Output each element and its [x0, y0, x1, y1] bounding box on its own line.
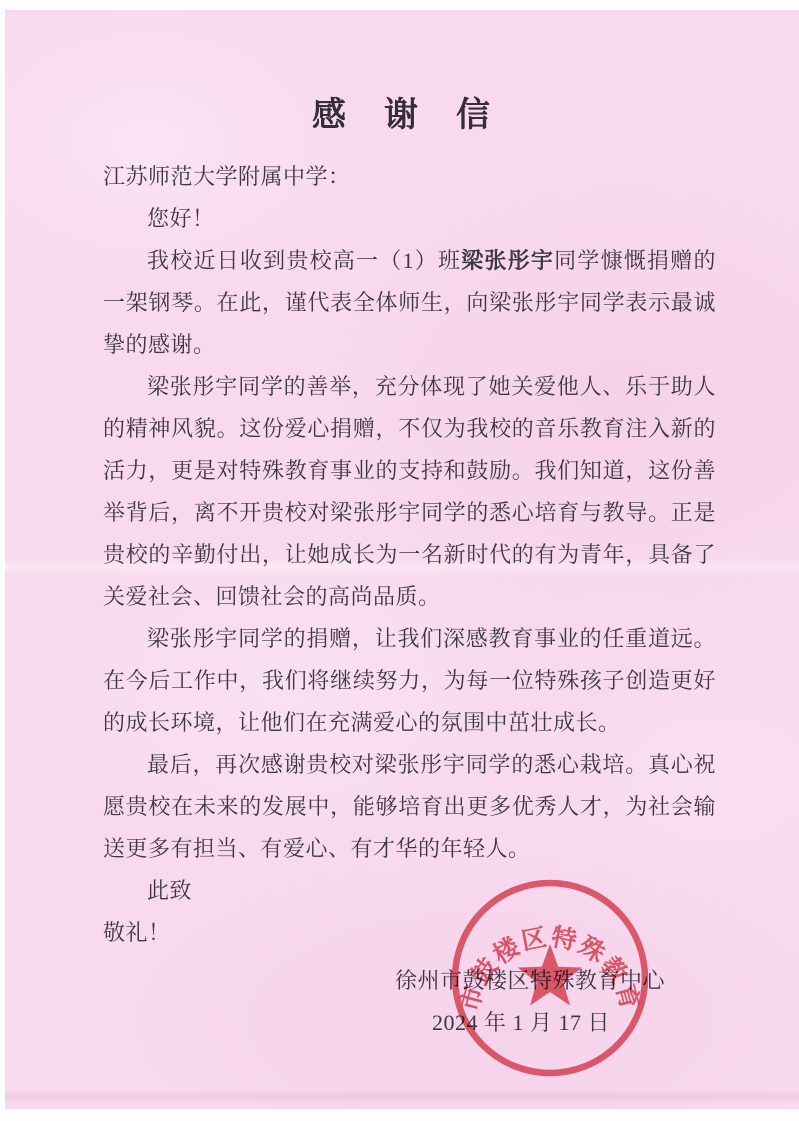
- closing-cizhi: 此致: [103, 870, 716, 912]
- closing-jingli: 敬礼！: [103, 912, 716, 954]
- greeting-line: 您好！: [103, 198, 716, 240]
- paragraph-3: 梁张彤宇同学的捐赠，让我们深感教育事业的任重道远。在今后工作中，我们将继续努力，…: [103, 618, 716, 744]
- paragraph-2: 梁张彤宇同学的善举，充分体现了她关爱他人、乐于助人的精神风貌。这份爱心捐赠，不仅…: [103, 366, 716, 618]
- paragraph-1-before: 我校近日收到贵校高一（1）班: [147, 248, 461, 273]
- recipient-line: 江苏师范大学附属中学：: [103, 156, 716, 198]
- letter-title: 感 谢 信: [5, 94, 799, 138]
- paragraph-1: 我校近日收到贵校高一（1）班梁张彤宇同学慷慨捐赠的一架钢琴。在此，谨代表全体师生…: [103, 240, 716, 366]
- paragraph-4: 最后，再次感谢贵校对梁张彤宇同学的悉心栽培。真心祝愿贵校在未来的发展中，能够培育…: [103, 744, 716, 870]
- paper-bottom-shadow: [5, 1089, 799, 1103]
- letter-paper: 感 谢 信 江苏师范大学附属中学： 您好！ 我校近日收到贵校高一（1）班梁张彤宇…: [5, 10, 799, 1109]
- photo-background: 感 谢 信 江苏师范大学附属中学： 您好！ 我校近日收到贵校高一（1）班梁张彤宇…: [0, 0, 799, 1121]
- letter-body: 江苏师范大学附属中学： 您好！ 我校近日收到贵校高一（1）班梁张彤宇同学慷慨捐赠…: [5, 156, 799, 1044]
- signature-date: 2024 年 1 月 17 日: [103, 1002, 716, 1044]
- student-name: 梁张彤宇: [461, 248, 554, 273]
- signature-org: 徐州市鼓楼区特殊教育中心: [103, 960, 716, 1002]
